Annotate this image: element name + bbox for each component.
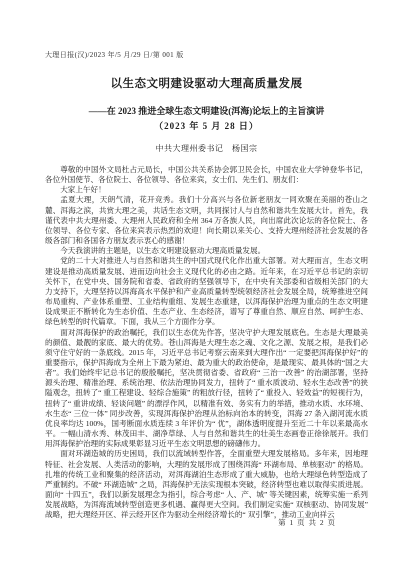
paragraph: 党的二十大对推进人与自然和谐共生的中国式现代化作出重大部署。对大理而言，生态文明…	[45, 256, 368, 327]
newspaper-meta: 大理日报(汉)/2023 年/5 月/29 日/第 001 版	[45, 50, 368, 60]
paragraph: 孟夏大理，天朗气清，花开竞秀。我们十分高兴与各位新老朋友一同欢聚在美丽的苍山之麓…	[45, 195, 368, 246]
article-subtitle: ——在 2023 推进全球生态文明建设(洱海)论坛上的主旨演讲	[45, 104, 368, 117]
article-body: 尊敬的中国外文局杜占元局长，中国公共关系协会郭卫民会长，中国农业大学钟登华书记，…	[45, 165, 368, 520]
author-line: 中共大理州委书记 杨国宗	[45, 143, 368, 154]
document-page: 大理日报(汉)/2023 年/5 月/29 日/第 001 版 以生态文明建设驱…	[0, 0, 410, 580]
paragraph: 面对环湖造城的历史困局，我们以流域转型作答，全面重塑大理发展格局。多年来，因地理…	[45, 449, 368, 520]
paragraph: 大家上午好！	[45, 185, 368, 195]
article-dateline: （2023 年 5 月 28 日）	[45, 119, 368, 132]
paragraph: 面对洱海保护的政治嘱托，我们以生态优先作答，坚决守护大理发展底色。生态是大理最美…	[45, 328, 368, 450]
paragraph: 尊敬的中国外文局杜占元局长，中国公共关系协会郭卫民会长，中国农业大学钟登华书记，…	[45, 165, 368, 185]
article-title: 以生态文明建设驱动大理高质量发展	[45, 75, 368, 91]
page-number: 第 1 页 共 2 页	[278, 517, 336, 528]
paragraph: 今天我演讲的主题是，以生态文明建设驱动大理高质量发展。	[45, 246, 368, 256]
